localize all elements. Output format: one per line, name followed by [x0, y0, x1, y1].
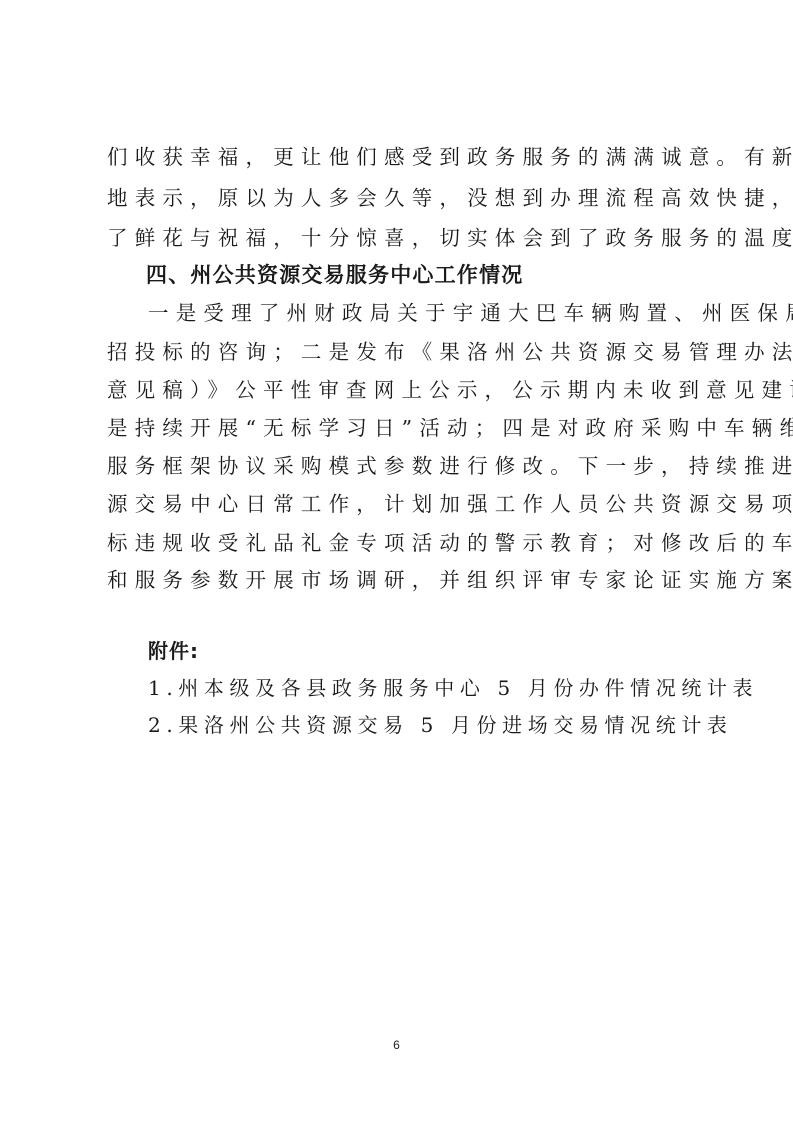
- text-line: 源交易中心日常工作，计划加强工作人员公共资源交易项目招投: [107, 489, 707, 519]
- text-line: 是持续开展“无标学习日”活动；四是对政府采购中车辆维修和: [107, 413, 707, 443]
- text-line: 地表示，原以为人多会久等，没想到办理流程高效快捷，还收获: [107, 183, 707, 213]
- text-line: 服务框架协议采购模式参数进行修改。下一步，持续推进公共资: [107, 451, 707, 481]
- section-heading: 四、州公共资源交易服务中心工作情况: [146, 260, 746, 290]
- page-number: 6: [0, 1038, 793, 1052]
- attachments-title: 附件:: [148, 636, 748, 666]
- attachment-item: 2.果洛州公共资源交易 5 月份进场交易情况统计表: [148, 710, 748, 740]
- document-page: 们收获幸福，更让他们感受到政务服务的满满诚意。有新人开心 地表示，原以为人多会久…: [0, 0, 793, 1122]
- attachment-item: 1.州本级及各县政务服务中心 5 月份办件情况统计表: [148, 673, 748, 703]
- text-line: 和服务参数开展市场调研，并组织评审专家论证实施方案。: [107, 565, 707, 595]
- text-line: 了鲜花与祝福，十分惊喜，切实体会到了政务服务的温度与用心。: [107, 223, 707, 253]
- text-line: 们收获幸福，更让他们感受到政务服务的满满诚意。有新人开心: [107, 142, 707, 172]
- text-line: 一是受理了州财政局关于宇通大巴车辆购置、州医保局项目: [148, 298, 748, 328]
- text-line: 招投标的咨询；二是发布《果洛州公共资源交易管理办法（征求: [107, 337, 707, 367]
- text-line: 标违规收受礼品礼金专项活动的警示教育；对修改后的车辆维修: [107, 528, 707, 558]
- text-line: 意见稿）》公平性审查网上公示，公示期内未收到意见建议；三: [107, 375, 707, 405]
